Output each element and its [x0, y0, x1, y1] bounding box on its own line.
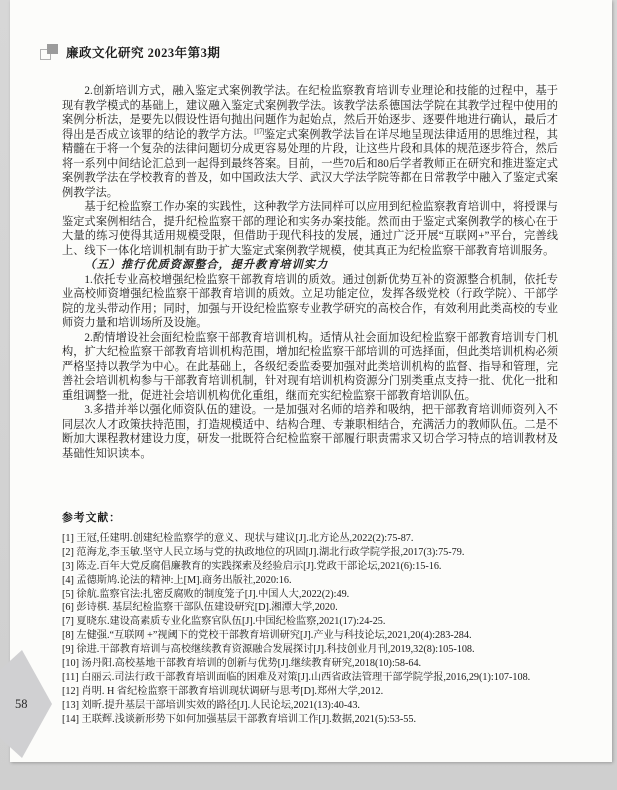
reference-item: [8] 左健强.“互联网 +”视阈下的党校干部教育培训研究[J].产业与科技论坛… [62, 629, 562, 643]
reference-item: [9] 徐进.干部教育培训与高校继续教育资源融合发展探讨[J].科技创业月刊,2… [62, 643, 562, 657]
citation-superscript: [17] [254, 127, 264, 135]
body-paragraph-item1: 1.依托专业高校增强纪检监察干部教育培训的质效。通过创新优势互补的资源整合机制，… [62, 273, 558, 331]
body-paragraph-item2: 2.酌情增设社会面纪检监察干部教育培训机构。适情从社会面加设纪检监察干部教育培训… [62, 331, 558, 404]
reference-item: [13] 刘昕.提升基层干部培训实效的路径[J].人民论坛,2021(13):4… [62, 699, 562, 713]
reference-item: [7] 夏晓东.建设高素质专业化监察官队伍[J].中国纪检监察,2021(17)… [62, 615, 562, 629]
reference-item: [10] 汤丹阳.高校基地干部教育培训的创新与优势[J].继续教育研究,2018… [62, 657, 562, 671]
reference-item: [14] 王联辉.浅谈新形势下如何加强基层干部教育培训工作[J].数据,2021… [62, 713, 562, 727]
body-paragraph-practice: 基于纪检监察工作办案的实践性，这种教学方法同样可以应用到纪检监察教育培训中，将授… [62, 200, 558, 258]
page-number: 58 [15, 697, 28, 712]
journal-header: 廉政文化研究 2023年第3期 [40, 42, 220, 62]
journal-title: 廉政文化研究 2023年第3期 [66, 43, 220, 61]
references-section: 参考文献： [1] 王冠,任建明.创建纪检监察学的意义、现状与建议[J].北方论… [62, 512, 562, 727]
reference-item: [4] 孟德斯鸠.论法的精神:上[M].商务出版社,2020:16. [62, 574, 562, 588]
journal-mark-icon [40, 42, 62, 62]
reference-item: [12] 肖明. H 省纪检监察干部教育培训现状调研与思考[D].郑州大学,20… [62, 685, 562, 699]
reference-item: [6] 彭诗棋. 基层纪检监察干部队伍建设研究[D].湘潭大学,2020. [62, 601, 562, 615]
article-body: 2.创新培训方式，融入鉴定式案例教学法。在纪检监察教育培训专业理论和技能的过程中… [62, 84, 558, 461]
reference-item: [2] 范海龙,李玉敏.坚守人民立场与党的执政地位的巩固[J].湖北行政学院学报… [62, 546, 562, 560]
page-number-badge: 58 [0, 648, 54, 760]
solid-square-icon [47, 44, 58, 54]
reference-item: [1] 王冠,任建明.创建纪检监察学的意义、现状与建议[J].北方论丛,2022… [62, 532, 562, 546]
references-heading: 参考文献： [62, 512, 562, 526]
reference-item: [5] 徐航.监察官法:扎密反腐败的制度笼子[J].中国人大,2022(2):4… [62, 588, 562, 602]
reference-item: [3] 陈赱.百年大党反腐倡廉教育的实践探索及经验启示[J].党政干部论坛,20… [62, 560, 562, 574]
section-heading-five: （五）推行优质资源整合，提升教育培训实力 [62, 258, 558, 273]
document-page: 廉政文化研究 2023年第3期 2.创新培训方式，融入鉴定式案例教学法。在纪检监… [10, 0, 612, 762]
reference-item: [11] 白丽云.司法行政干部教育培训面临的困难及对策[J].山西省政法管理干部… [62, 671, 562, 685]
body-paragraph-item3: 3.多措并举以强化师资队伍的建设。一是加强对名师的培养和吸纳，把干部教育培训师资… [62, 403, 558, 461]
body-paragraph-innovation: 2.创新培训方式，融入鉴定式案例教学法。在纪检监察教育培训专业理论和技能的过程中… [62, 84, 558, 200]
